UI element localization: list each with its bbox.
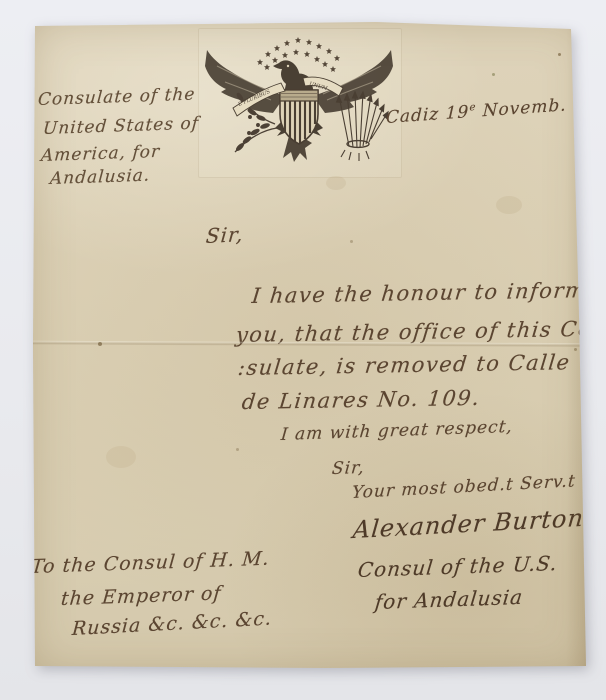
- foxing-spot: [492, 73, 495, 76]
- salutation: Sir,: [205, 222, 245, 248]
- dateline-month-year: Novemb. 1824: [476, 92, 606, 122]
- addressee-line: To the Consul of H. M.: [30, 548, 271, 578]
- foxing-spot: [236, 448, 239, 451]
- addressee-line: the Emperor of: [60, 582, 222, 610]
- stain: [106, 446, 136, 468]
- signature-title: Consul of the U.S.: [357, 551, 559, 582]
- foxing-spot: [98, 342, 102, 346]
- closing-line: Sir,: [331, 458, 365, 479]
- dateline-place: Cadiz: [386, 104, 446, 128]
- closing-line: Your most obed.t Serv.t: [351, 471, 576, 503]
- stain: [326, 176, 346, 190]
- shield: [280, 90, 318, 144]
- letterhead-line: Consulate of the: [37, 84, 196, 110]
- paper-edge-shading: [566, 16, 592, 678]
- letterhead-line: Andalusia.: [49, 165, 151, 189]
- stain: [496, 196, 522, 214]
- eagle-emblem-icon: E PLURIBUS UNUM: [203, 32, 395, 168]
- signature-title: for Andalusia: [374, 585, 525, 614]
- letter-paper: E PLURIBUS UNUM Consulate of the United …: [26, 16, 592, 678]
- body-line: I have the honour to inform: [251, 278, 588, 308]
- paper-wrap: E PLURIBUS UNUM Consulate of the United …: [26, 16, 592, 678]
- letterhead-line: America, for: [40, 142, 160, 166]
- body-line: :sulate, is removed to Calle: [237, 350, 572, 380]
- stars-arc: [257, 37, 340, 72]
- addressee-line: Russia &c. &c. &c.: [71, 607, 273, 640]
- photograph-of-letter: E PLURIBUS UNUM Consulate of the United …: [0, 0, 606, 700]
- foxing-spot: [350, 240, 353, 243]
- signature-name: Alexander Burton: [352, 504, 585, 544]
- closing-line: I am with great respect,: [280, 417, 514, 445]
- dateline-day: 19: [445, 102, 469, 124]
- body-line: de Linares No. 109.: [241, 386, 482, 414]
- foxing-spot: [558, 53, 561, 56]
- letterhead-line: United States of: [42, 114, 199, 140]
